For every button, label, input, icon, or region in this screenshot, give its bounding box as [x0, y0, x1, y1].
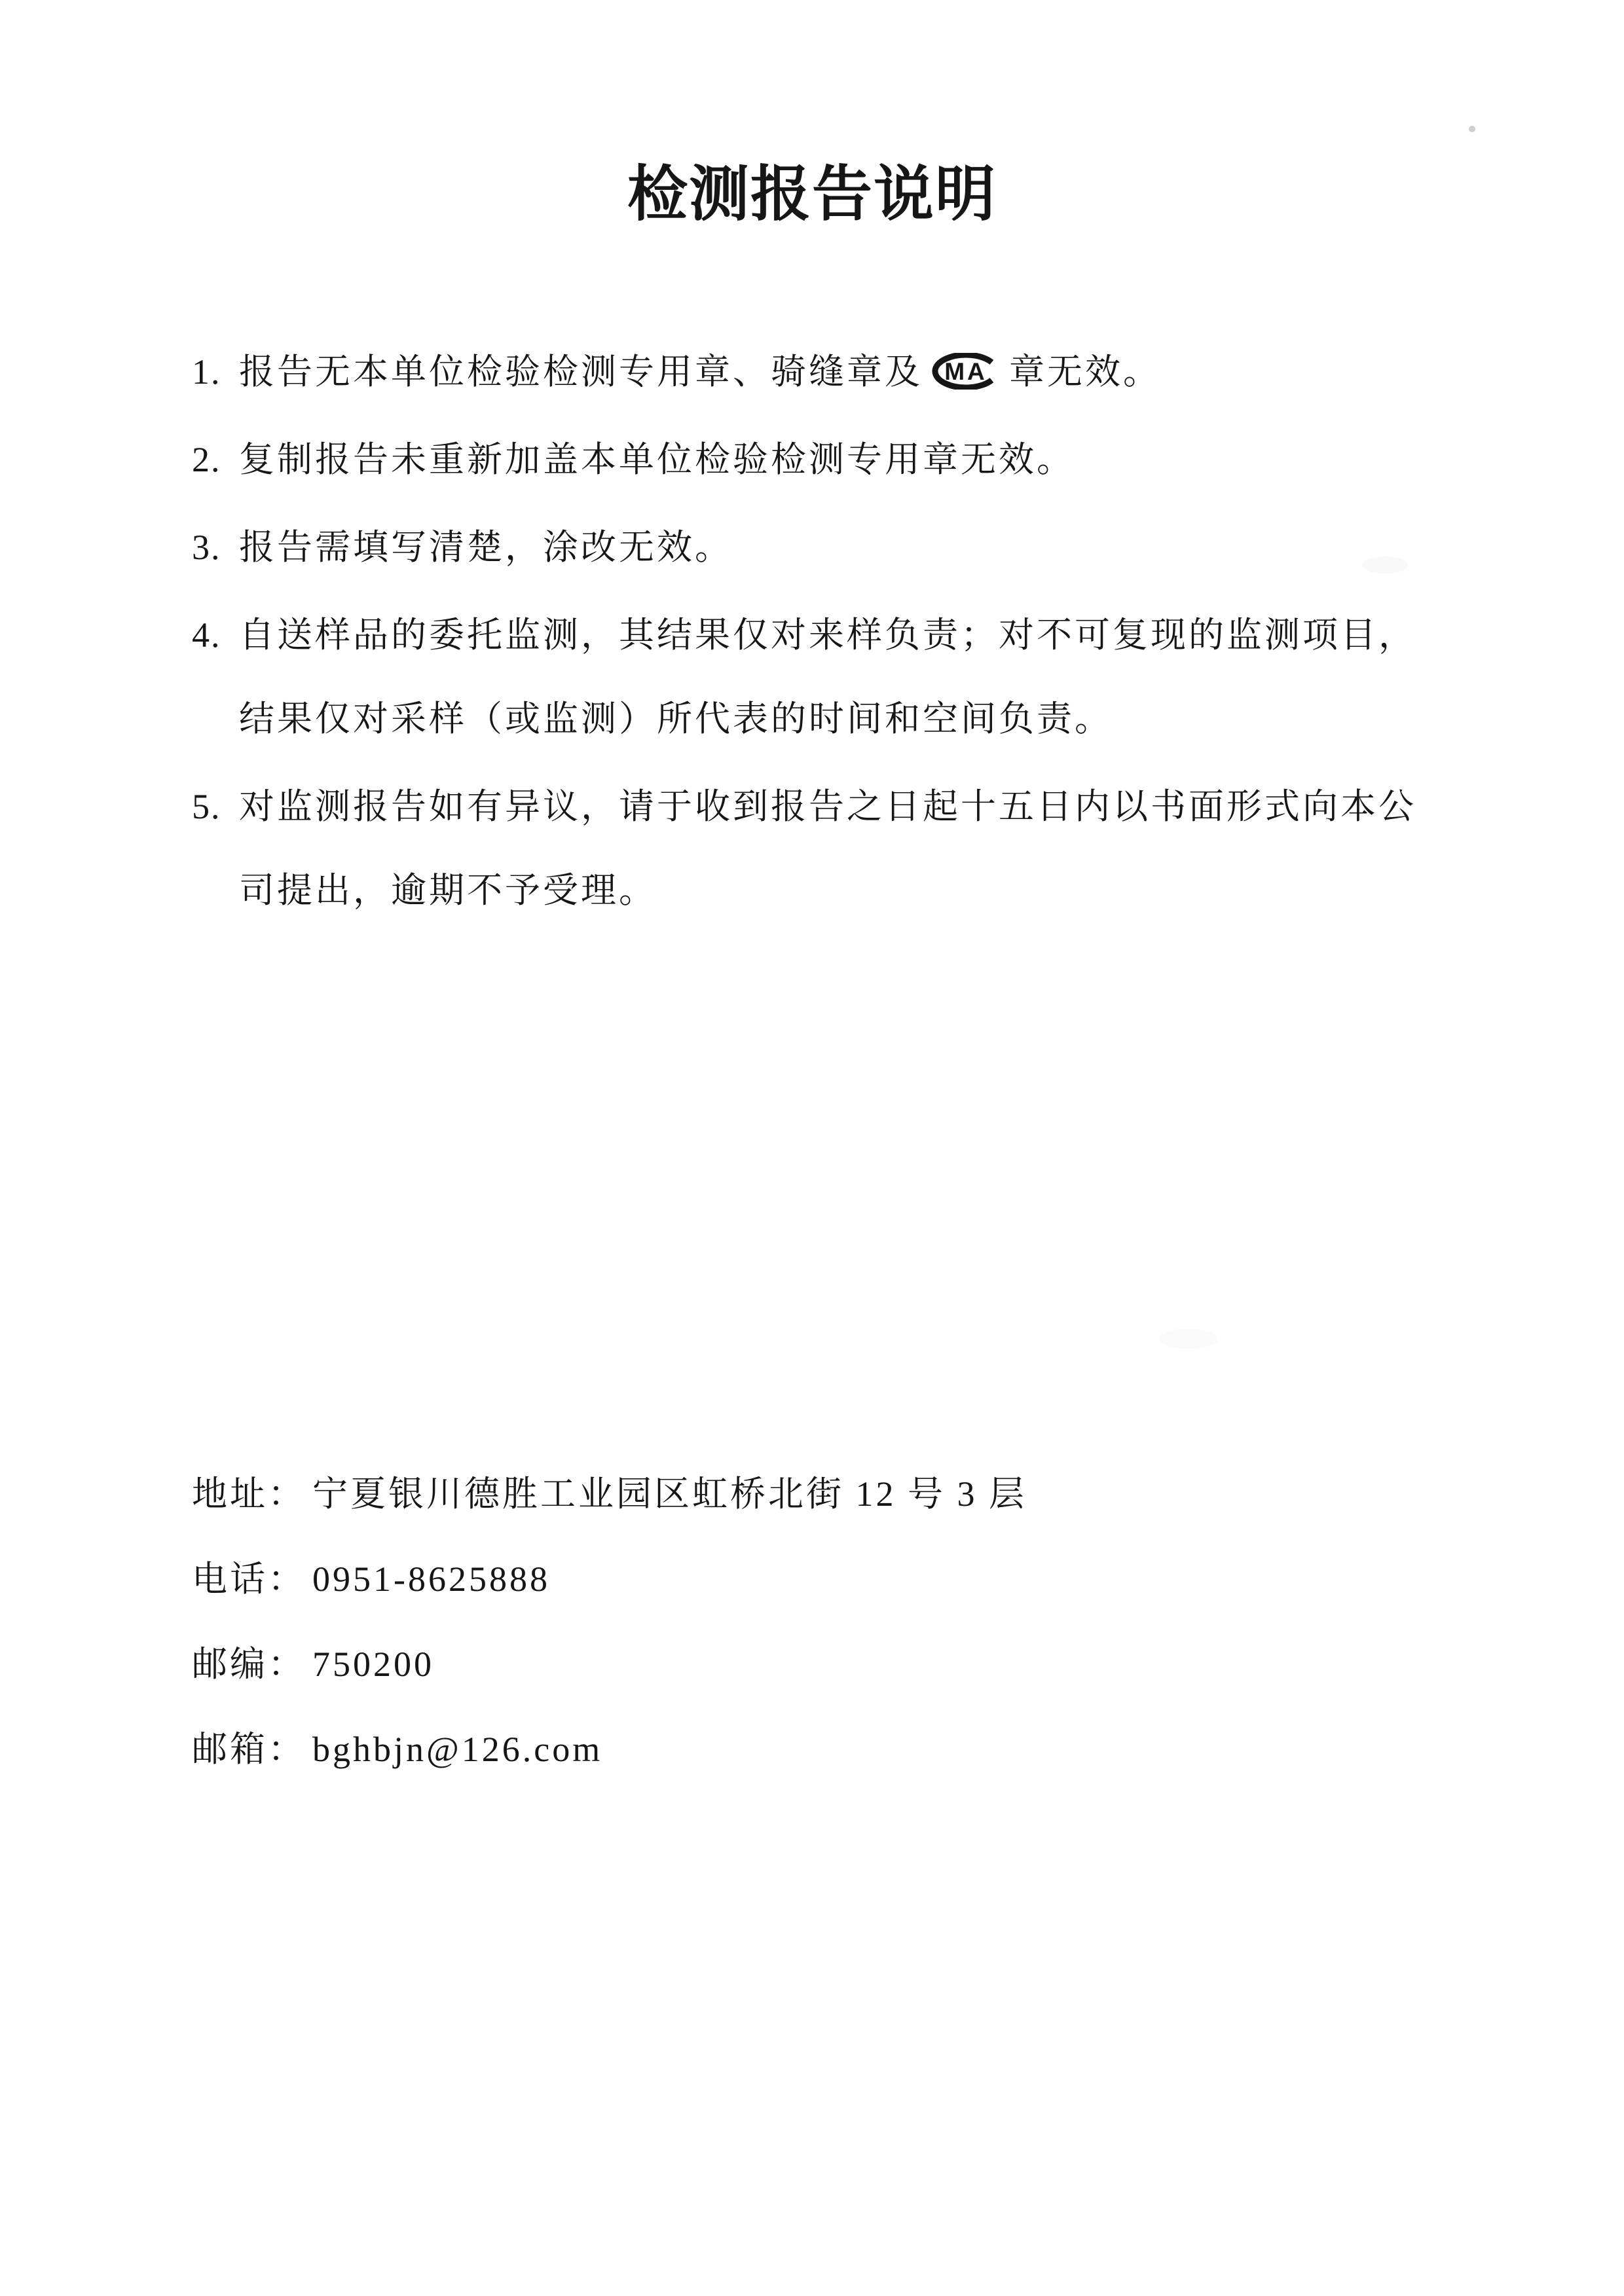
note-line: 自送样品的委托监测，其结果仅对来样负责；对不可复现的监测项目， [239, 593, 1416, 677]
note-line: 复制报告未重新加盖本单位检验检测专用章无效。 [239, 418, 1075, 501]
email-label: 邮箱： [192, 1707, 306, 1792]
notes-list: 1. 报告无本单位检验检测专用章、骑缝章及MA章无效。 2. 复制报告未重新加盖… [192, 330, 1506, 932]
note-number-4: 4. [192, 593, 239, 761]
note-number-3: 3. [192, 505, 239, 589]
note-item-5: 5. 对监测报告如有异议，请于收到报告之日起十五日内以书面形式向本公 司提出，逾… [192, 765, 1506, 932]
note-1-text-before-seal: 报告无本单位检验检测专用章、骑缝章及 [239, 352, 923, 392]
note-item-4: 4. 自送样品的委托监测，其结果仅对来样负责；对不可复现的监测项目， 结果仅对采… [192, 593, 1506, 761]
page-title: 检测报告说明 [0, 0, 1624, 225]
note-line: 对监测报告如有异议，请于收到报告之日起十五日内以书面形式向本公 [239, 765, 1416, 848]
note-line: 报告无本单位检验检测专用章、骑缝章及MA章无效。 [239, 330, 1161, 414]
email-value: bghbjn@126.com [312, 1707, 602, 1792]
note-text-4: 自送样品的委托监测，其结果仅对来样负责；对不可复现的监测项目， 结果仅对采样（或… [239, 593, 1416, 761]
footer-email-row: 邮箱： bghbjn@126.com [192, 1707, 1624, 1792]
contact-info: 地址： 宁夏银川德胜工业园区虹桥北街 12 号 3 层 电话： 0951-862… [192, 1451, 1624, 1792]
note-text-2: 复制报告未重新加盖本单位检验检测专用章无效。 [239, 418, 1075, 501]
report-notes-page: 检测报告说明 1. 报告无本单位检验检测专用章、骑缝章及MA章无效。 2. 复制… [0, 0, 1624, 2296]
footer-phone-row: 电话： 0951-8625888 [192, 1537, 1624, 1622]
note-number-2: 2. [192, 418, 239, 501]
note-item-3: 3. 报告需填写清楚，涂改无效。 [192, 505, 1506, 589]
note-line: 报告需填写清楚，涂改无效。 [239, 505, 733, 589]
note-number-5: 5. [192, 765, 239, 932]
note-1-text-after-seal: 章无效。 [1009, 352, 1161, 392]
note-item-2: 2. 复制报告未重新加盖本单位检验检测专用章无效。 [192, 418, 1506, 501]
note-text-1: 报告无本单位检验检测专用章、骑缝章及MA章无效。 [239, 330, 1161, 414]
cma-seal-letters: MA [944, 358, 987, 385]
scan-artifact [1159, 1329, 1218, 1349]
footer-postcode-row: 邮编： 750200 [192, 1622, 1624, 1707]
note-number-1: 1. [192, 330, 239, 414]
cma-seal-icon: MA [932, 353, 1000, 390]
note-text-3: 报告需填写清楚，涂改无效。 [239, 505, 733, 589]
phone-value: 0951-8625888 [312, 1537, 550, 1622]
postcode-label: 邮编： [192, 1622, 306, 1707]
phone-label: 电话： [192, 1537, 306, 1622]
note-item-1: 1. 报告无本单位检验检测专用章、骑缝章及MA章无效。 [192, 330, 1506, 414]
address-label: 地址： [192, 1451, 306, 1537]
note-text-5: 对监测报告如有异议，请于收到报告之日起十五日内以书面形式向本公 司提出，逾期不予… [239, 765, 1416, 932]
postcode-value: 750200 [312, 1622, 434, 1707]
address-value: 宁夏银川德胜工业园区虹桥北街 12 号 3 层 [312, 1451, 1027, 1537]
footer-address-row: 地址： 宁夏银川德胜工业园区虹桥北街 12 号 3 层 [192, 1451, 1624, 1537]
note-line: 司提出，逾期不予受理。 [239, 848, 1416, 932]
note-line: 结果仅对采样（或监测）所代表的时间和空间负责。 [239, 677, 1416, 761]
